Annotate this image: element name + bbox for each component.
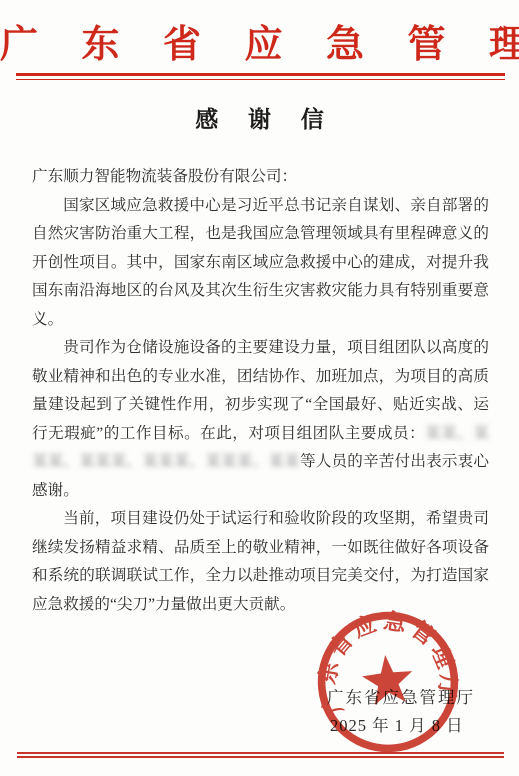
- paragraph-3: 当前，项目建设仍处于试运行和验收阶段的攻坚期，希望贵司继续发扬精益求精、品质至上…: [32, 505, 489, 619]
- letterhead-rule: [16, 73, 505, 80]
- paragraph-2-text: 贵司作为仓储设施设备的主要建设力量，项目组团队以高度的敬业精神和出色的专业水准，…: [32, 339, 489, 442]
- red-star-icon: [360, 652, 415, 706]
- recipient-line: 广东顺力智能物流装备股份有限公司：: [32, 163, 489, 192]
- document-title: 感 谢 信: [0, 101, 519, 134]
- letterhead-org-name: 广 东 省 应 急 管 理 厅: [0, 13, 519, 68]
- letter-page: 广 东 省 应 急 管 理 厅 感 谢 信 广东顺力智能物流装备股份有限公司： …: [0, 0, 519, 776]
- paragraph-1: 国家区域应急救援中心是习近平总书记亲自谋划、亲自部署的自然灾害防治重大工程，也是…: [32, 192, 489, 335]
- paragraph-2: 贵司作为仓储设施设备的主要建设力量，项目组团队以高度的敬业精神和出色的专业水准，…: [32, 334, 489, 505]
- letter-body: 广东顺力智能物流装备股份有限公司： 国家区域应急救援中心是习近平总书记亲自谋划、…: [32, 163, 489, 619]
- footer-rule: [17, 752, 504, 758]
- official-seal-stamp: 广东省应急管理厅: [307, 601, 470, 764]
